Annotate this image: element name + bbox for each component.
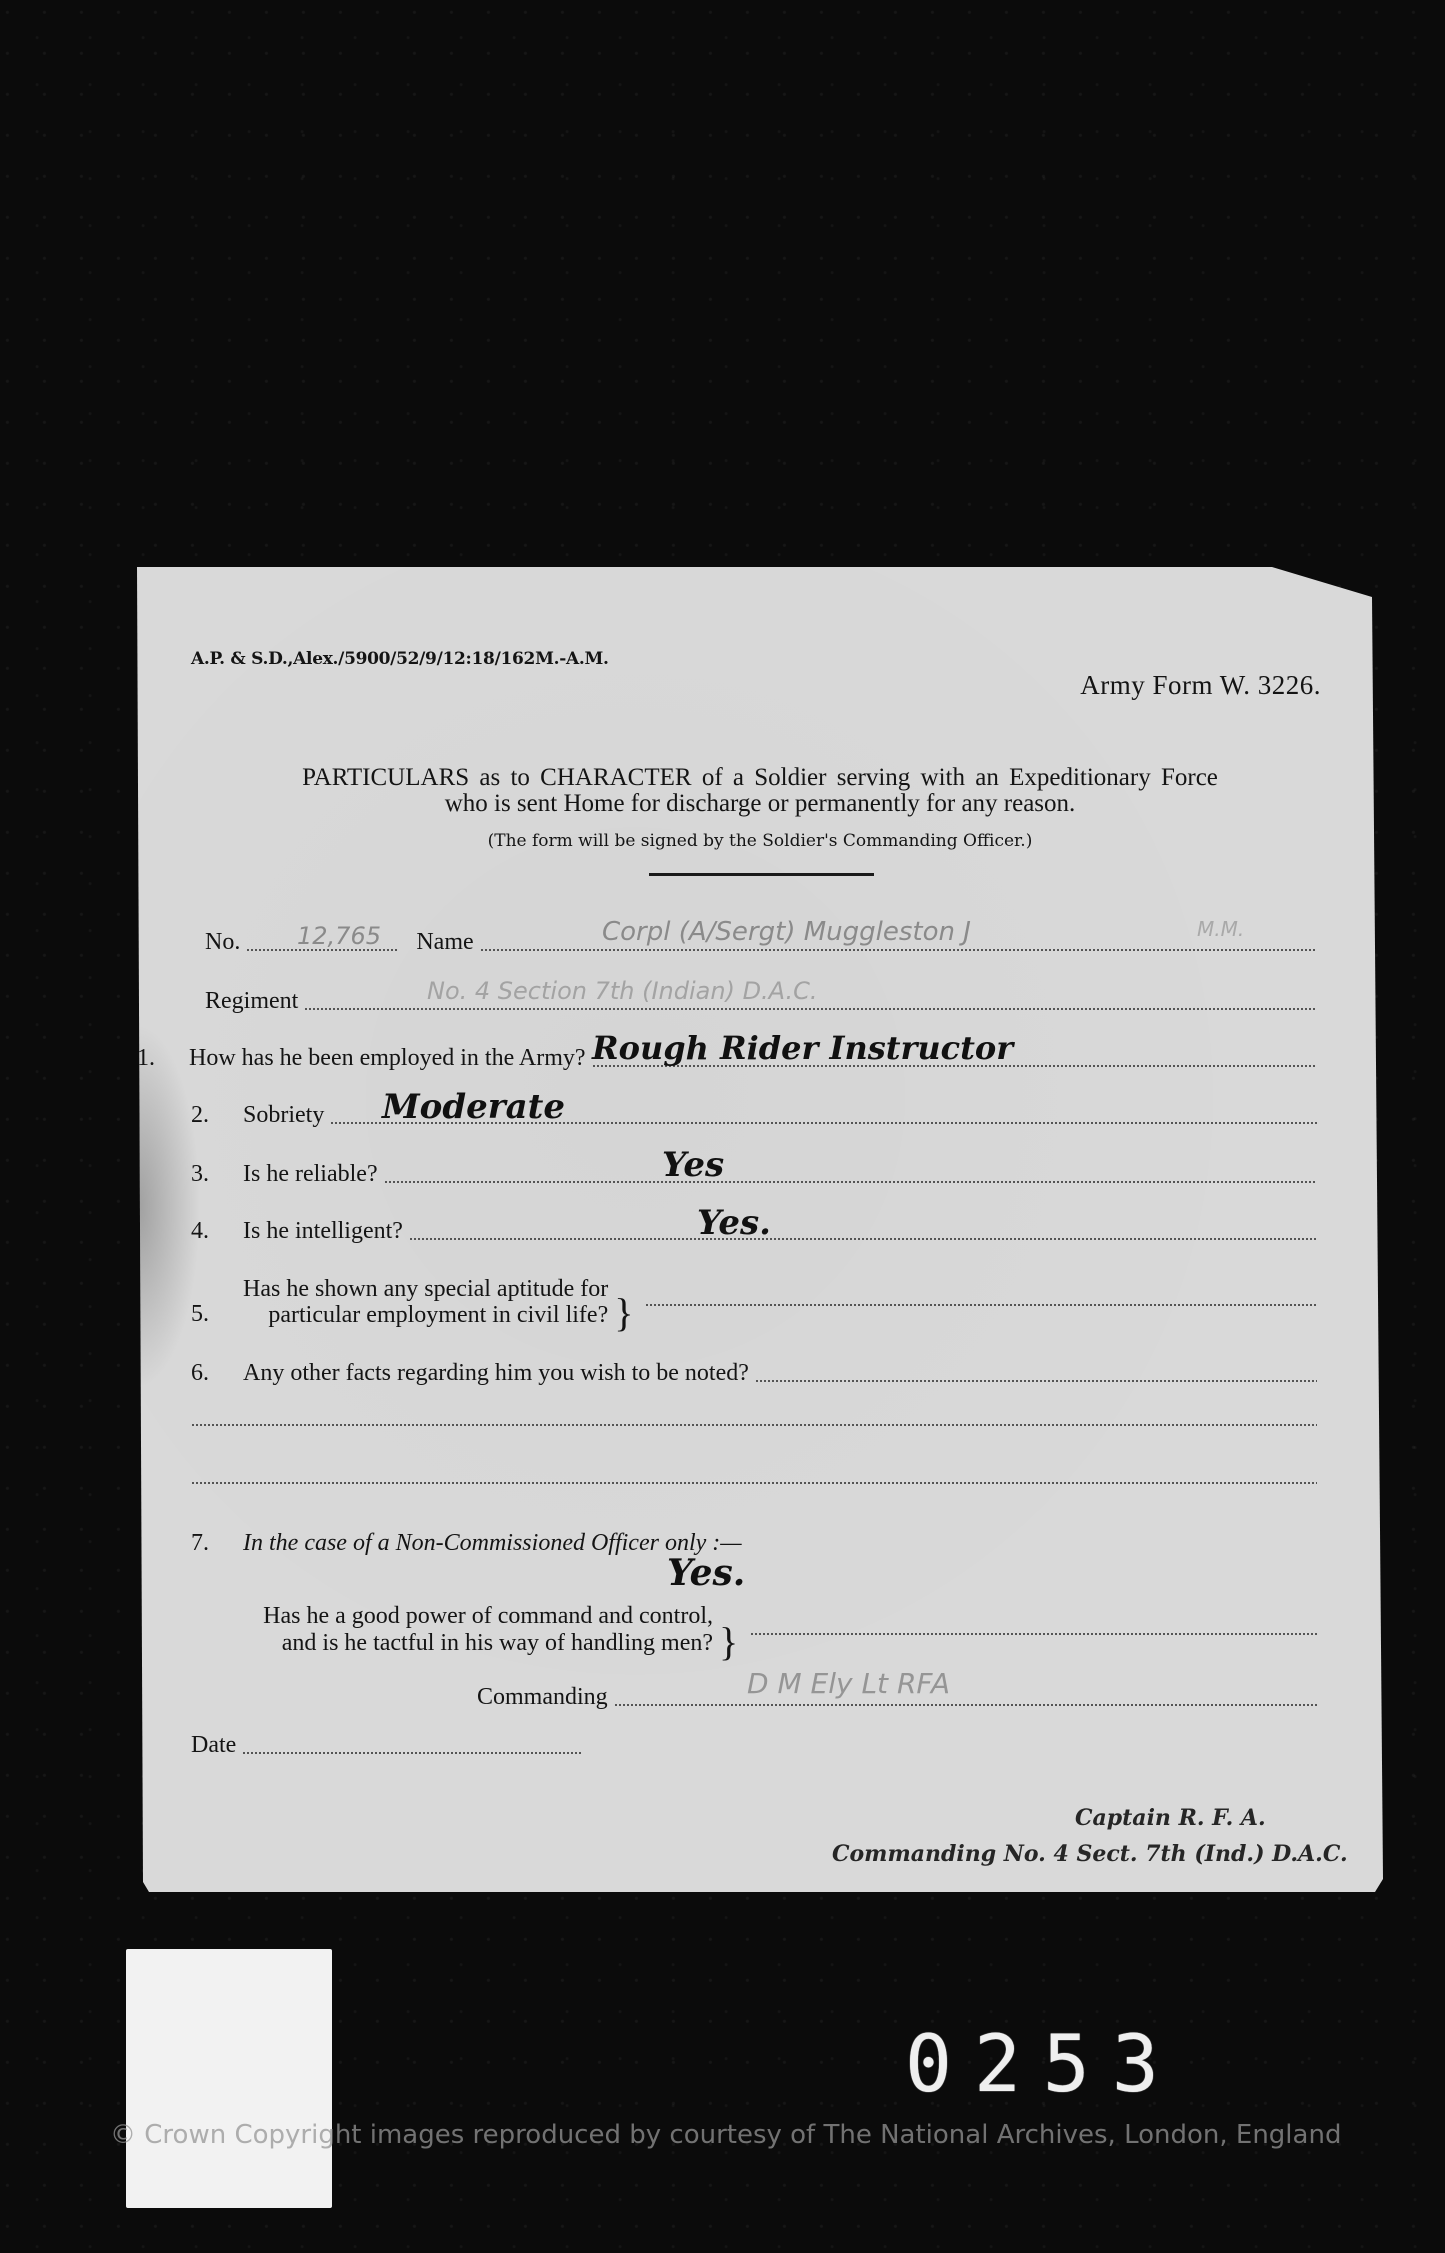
form-note: (The form will be signed by the Soldier'… <box>137 831 1383 851</box>
question-label: Sobriety <box>243 1102 324 1129</box>
name-suffix: M.M. <box>1197 917 1244 941</box>
answer-7: Yes. <box>667 1552 745 1594</box>
stamp-unit: Commanding No. 4 Sect. 7th (Ind.) D.A.C. <box>832 1841 1348 1867</box>
answer-field[interactable] <box>409 1238 1317 1240</box>
blank-index-card <box>126 1949 332 2208</box>
regiment-field[interactable] <box>304 1008 1317 1010</box>
question-label: Is he reliable? <box>243 1161 378 1188</box>
form-number: Army Form W. 3226. <box>1080 670 1321 701</box>
answer-field[interactable] <box>384 1181 1317 1183</box>
question-number: 2. <box>191 1102 243 1129</box>
commanding-label: Commanding <box>477 1684 608 1711</box>
date-row: Date <box>137 1732 582 1759</box>
commanding-field[interactable] <box>614 1704 1317 1706</box>
question-label: Has he shown any special aptitude for <box>243 1276 608 1302</box>
date-field[interactable] <box>242 1752 582 1754</box>
regiment-value: No. 4 Section 7th (Indian) D.A.C. <box>427 977 818 1005</box>
question-6-line-3 <box>137 1482 1317 1489</box>
question-number: 1. <box>137 1045 189 1072</box>
commanding-signature: D M Ely Lt RFA <box>747 1667 950 1700</box>
form-title-line1: PARTICULARS as to CHARACTER of a Soldier… <box>137 764 1383 792</box>
number-value: 12,765 <box>297 922 381 950</box>
question-6: 6. Any other facts regarding him you wis… <box>137 1360 1317 1387</box>
answer-3: Yes <box>662 1145 724 1185</box>
form-title-line2: who is sent Home for discharge or perman… <box>137 790 1383 818</box>
question-number: 3. <box>191 1161 243 1188</box>
answer-field-2[interactable] <box>191 1424 1317 1426</box>
question-number: 5. <box>191 1301 243 1328</box>
question-number: 4. <box>191 1218 243 1245</box>
question-label-2: particular employment in civil life? <box>243 1302 608 1328</box>
question-7-sub: Has he a good power of command and contr… <box>137 1603 1317 1657</box>
answer-field[interactable] <box>645 1304 1317 1306</box>
answer-text: Rough Rider Instructor <box>592 1029 1013 1067</box>
stamp-rank: Captain R. F. A. <box>1075 1805 1266 1831</box>
brace-icon: } <box>614 1298 633 1328</box>
question-label-2: Has he a good power of command and contr… <box>243 1603 713 1630</box>
army-form-w3226: A.P. & S.D.,Alex./5900/52/9/12:18/162M.-… <box>137 567 1383 1892</box>
answer-4: Yes. <box>697 1203 771 1243</box>
question-label-3: and is he tactful in his way of handling… <box>243 1630 713 1657</box>
question-number: 6. <box>191 1360 243 1387</box>
print-code: A.P. & S.D.,Alex./5900/52/9/12:18/162M.-… <box>191 649 609 669</box>
copyright-watermark: © Crown Copyright images reproduced by c… <box>110 2120 1341 2150</box>
question-label: Is he intelligent? <box>243 1218 403 1245</box>
microfilm-frame-number: 0253 <box>905 2020 1181 2110</box>
name-field[interactable] <box>480 949 1317 951</box>
number-label: No. <box>205 929 240 956</box>
name-value: Corpl (A/Sergt) Muggleston J <box>602 917 971 947</box>
question-label: How has he been employed in the Army? <box>189 1045 586 1072</box>
question-3: 3. Is he reliable? <box>137 1161 1317 1188</box>
question-label: Any other facts regarding him you wish t… <box>243 1360 749 1387</box>
answer-2: Moderate <box>382 1087 565 1127</box>
brace-icon: } <box>719 1627 738 1657</box>
title-divider <box>649 873 874 876</box>
name-label: Name <box>416 929 473 956</box>
answer-field-3[interactable] <box>191 1482 1317 1484</box>
answer-field[interactable] <box>755 1380 1317 1382</box>
answer-1: Rough Rider Instructor <box>592 1029 1013 1067</box>
question-2: 2. Sobriety <box>137 1102 1317 1129</box>
date-label: Date <box>191 1732 236 1759</box>
regiment-label: Regiment <box>205 988 298 1015</box>
question-5: 5. Has he shown any special aptitude for… <box>137 1276 1317 1328</box>
answer-field[interactable] <box>750 1633 1317 1635</box>
question-number: 7. <box>191 1530 243 1557</box>
question-6-line-2 <box>137 1424 1317 1431</box>
